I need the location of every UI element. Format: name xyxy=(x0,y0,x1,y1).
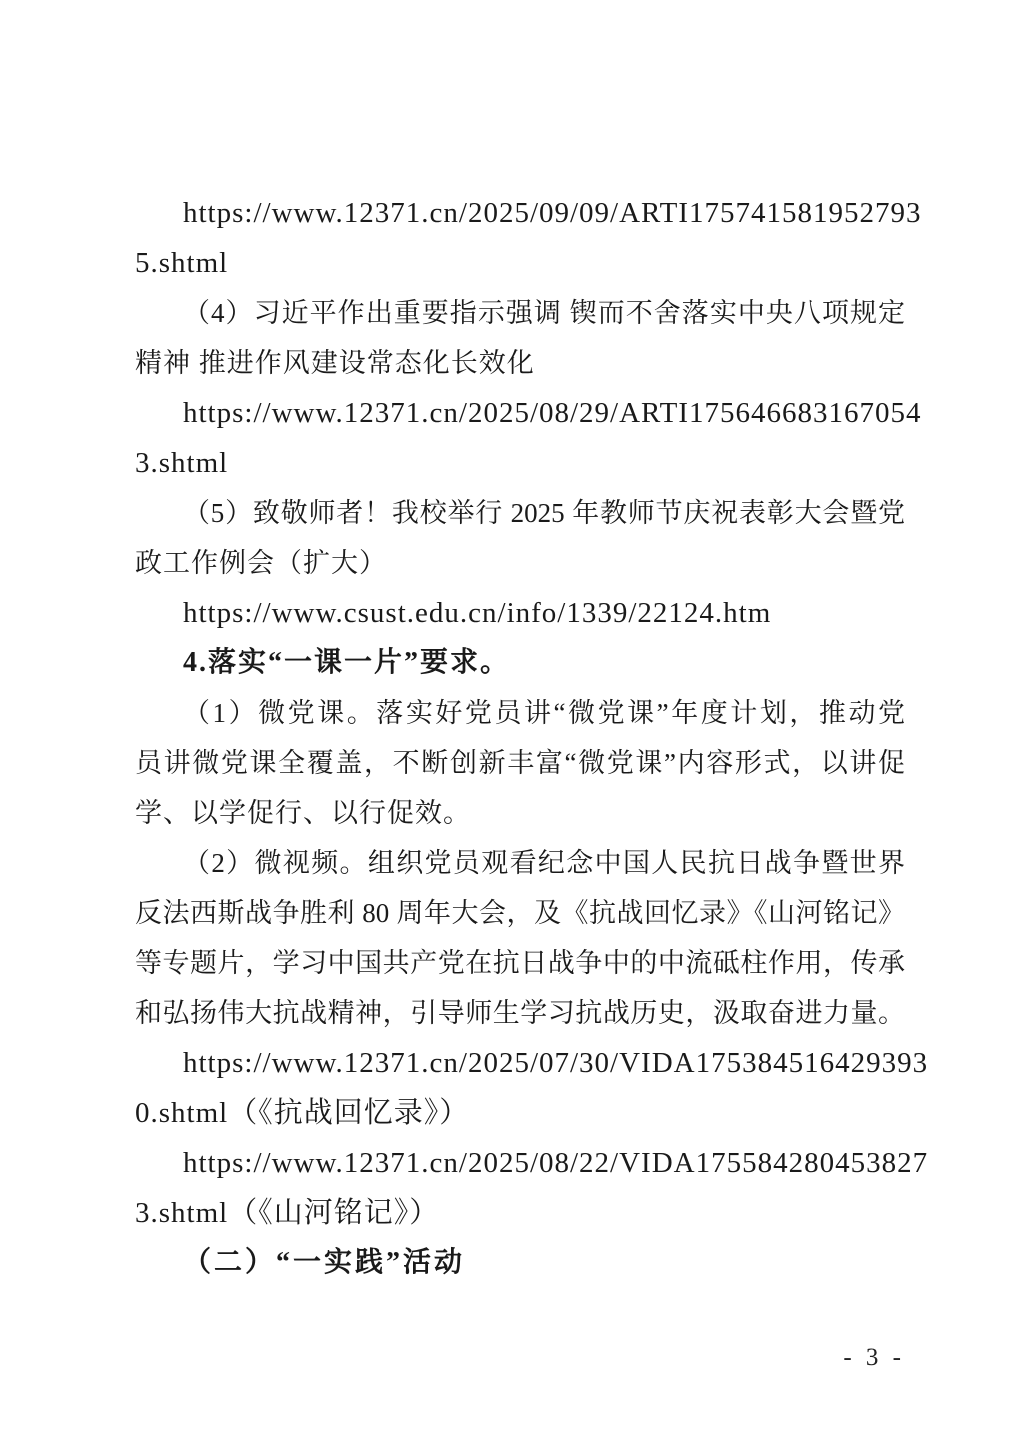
subheading-line: （二）“一实践”活动 xyxy=(135,1238,905,1288)
body-line: 和弘扬伟大抗战精神，引导师生学习抗战历史，汲取奋进力量。 xyxy=(135,988,905,1038)
heading-line: 4.落实“一课一片”要求。 xyxy=(135,638,905,688)
body-line: 精神 推进作风建设常态化长效化 xyxy=(135,338,905,388)
url-line: https://www.12371.cn/2025/08/29/ARTI1756… xyxy=(135,388,905,438)
page-number: - 3 - xyxy=(135,1338,905,1378)
body-line: 学、以学促行、以行促效。 xyxy=(135,788,905,838)
body-line: （2）微视频。组织党员观看纪念中国人民抗日战争暨世界 xyxy=(135,838,905,888)
url-line: 5.shtml xyxy=(135,238,905,288)
document-body: https://www.12371.cn/2025/09/09/ARTI1757… xyxy=(135,188,905,1288)
url-line: https://www.csust.edu.cn/info/1339/22124… xyxy=(135,588,905,638)
url-line: 0.shtml（《抗战回忆录》） xyxy=(135,1088,905,1138)
url-line: https://www.12371.cn/2025/09/09/ARTI1757… xyxy=(135,188,905,238)
url-line: 3.shtml xyxy=(135,438,905,488)
body-line: 政工作例会（扩大） xyxy=(135,538,905,588)
url-line: 3.shtml（《山河铭记》） xyxy=(135,1188,905,1238)
body-line: （5）致敬师者！我校举行 2025 年教师节庆祝表彰大会暨党 xyxy=(135,488,905,538)
url-line: https://www.12371.cn/2025/07/30/VIDA1753… xyxy=(135,1038,905,1088)
body-line: 员讲微党课全覆盖，不断创新丰富“微党课”内容形式，以讲促 xyxy=(135,738,905,788)
body-line: 反法西斯战争胜利 80 周年大会，及《抗战回忆录》《山河铭记》 xyxy=(135,888,905,938)
body-line: 等专题片，学习中国共产党在抗日战争中的中流砥柱作用，传承 xyxy=(135,938,905,988)
body-line: （4）习近平作出重要指示强调 锲而不舍落实中央八项规定 xyxy=(135,288,905,338)
body-line: （1）微党课。落实好党员讲“微党课”年度计划，推动党 xyxy=(135,688,905,738)
url-line: https://www.12371.cn/2025/08/22/VIDA1755… xyxy=(135,1138,905,1188)
document-page: https://www.12371.cn/2025/09/09/ARTI1757… xyxy=(0,0,1024,1448)
